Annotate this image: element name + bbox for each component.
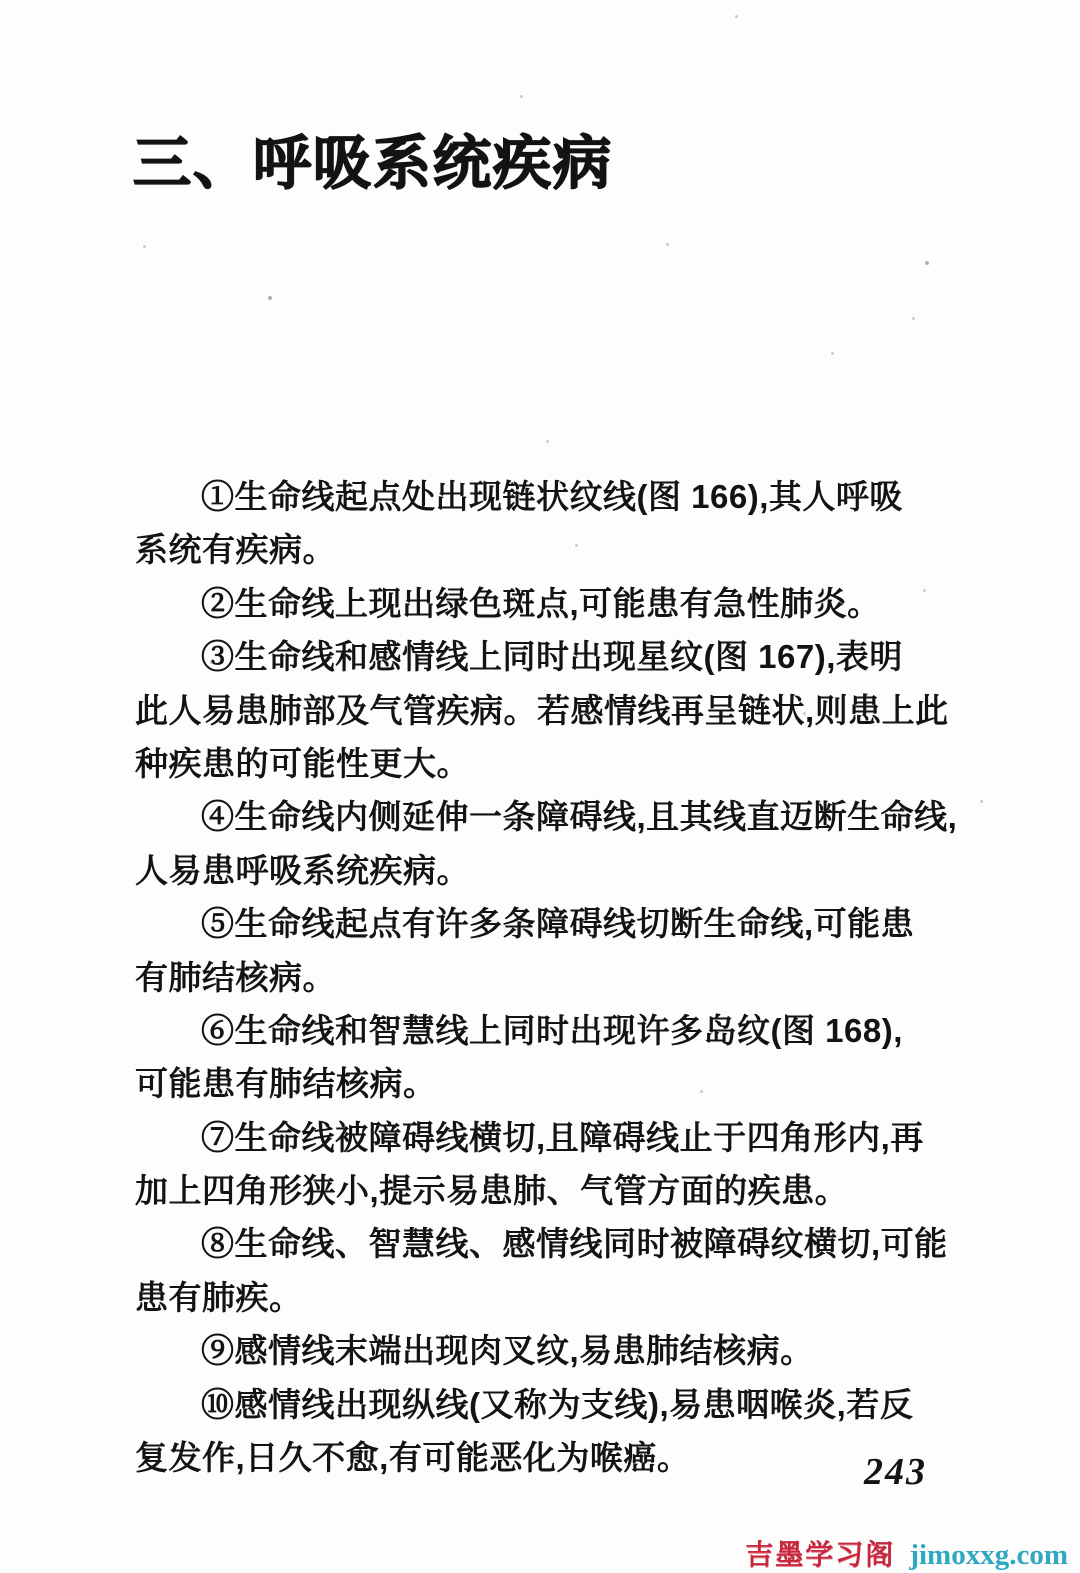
scan-speck — [735, 15, 738, 18]
body-line: 有肺结核病。 — [135, 951, 1075, 1004]
body-line: ⑥生命线和智慧线上同时出现许多岛纹(图 168), — [135, 1004, 1075, 1057]
body-text: ①生命线起点处出现链状纹线(图 166),其人呼吸 系统有疾病。 ②生命线上现出… — [135, 470, 1075, 1484]
body-line: ⑨感情线末端出现肉叉纹,易患肺结核病。 — [135, 1324, 1075, 1377]
scan-speck — [831, 352, 834, 355]
section-title: 三、呼吸系统疾病 — [133, 116, 613, 200]
body-line: ⑩感情线出现纵线(又称为支线),易患咽喉炎,若反 — [135, 1378, 1075, 1431]
body-line: 加上四角形狭小,提示易患肺、气管方面的疾患。 — [135, 1164, 1075, 1217]
scan-speck — [575, 544, 578, 547]
body-line: ⑦生命线被障碍线横切,且障碍线止于四角形内,再 — [135, 1111, 1075, 1164]
body-line: ③生命线和感情线上同时出现星纹(图 167),表明 — [135, 630, 1075, 683]
body-line: ⑧生命线、智慧线、感情线同时被障碍纹横切,可能 — [135, 1217, 1075, 1270]
page-number: 243 — [864, 1450, 927, 1494]
watermark-site-name: 吉墨学习阁 — [745, 1533, 895, 1573]
scanned-book-page: 三、呼吸系统疾病 ①生命线起点处出现链状纹线(图 166),其人呼吸 系统有疾病… — [0, 0, 1080, 1573]
scan-speck — [923, 589, 926, 592]
scan-speck — [912, 317, 915, 320]
body-line: 人易患呼吸系统疾病。 — [135, 844, 1075, 897]
body-line: ④生命线内侧延伸一条障碍线,且其线直迈断生命线, — [135, 790, 1075, 843]
watermark-site-url: jimoxxg.com — [909, 1539, 1068, 1572]
body-line: 可能患有肺结核病。 — [135, 1057, 1075, 1110]
scan-speck — [520, 95, 523, 98]
scan-speck — [546, 440, 549, 443]
scan-speck — [980, 800, 983, 803]
scan-speck — [852, 1240, 855, 1243]
body-line: 患有肺疾。 — [135, 1271, 1075, 1324]
body-line: ⑤生命线起点有许多条障碍线切断生命线,可能患 — [135, 897, 1075, 950]
scan-speck — [803, 712, 806, 715]
body-line: ②生命线上现出绿色斑点,可能患有急性肺炎。 — [135, 577, 1075, 630]
scan-speck — [268, 296, 272, 300]
watermark: 吉墨学习阁 jimoxxg.com — [745, 1533, 1068, 1573]
body-line: 种疾患的可能性更大。 — [135, 737, 1075, 790]
scan-speck — [700, 1090, 703, 1093]
body-line: ①生命线起点处出现链状纹线(图 166),其人呼吸 — [135, 470, 1075, 523]
scan-speck — [143, 245, 146, 248]
scan-speck — [925, 261, 929, 265]
scan-speck — [210, 661, 213, 664]
scan-speck — [666, 243, 669, 246]
body-line: 此人易患肺部及气管疾病。若感情线再呈链状,则患上此 — [135, 684, 1075, 737]
body-line: 复发作,日久不愈,有可能恶化为喉癌。 — [135, 1431, 1075, 1484]
body-line: 系统有疾病。 — [135, 523, 1075, 576]
